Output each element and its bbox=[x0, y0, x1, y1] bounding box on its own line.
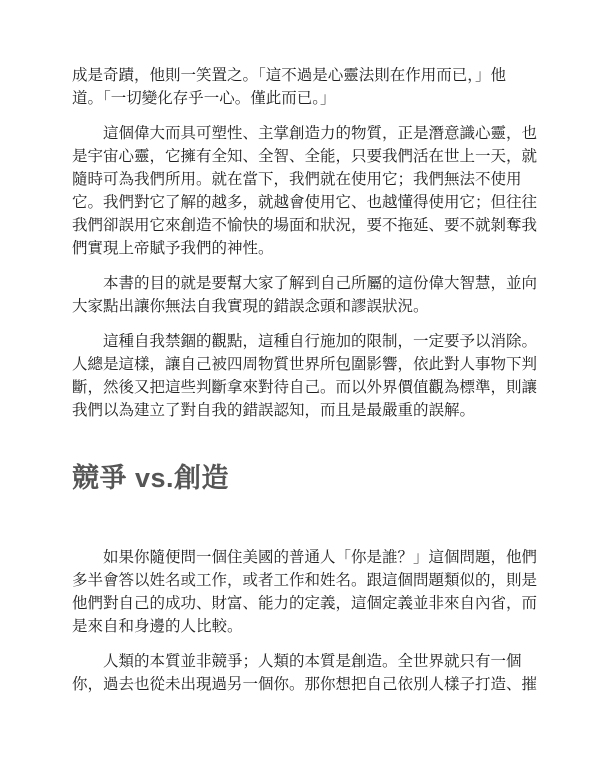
book-page: 成是奇蹟，他則一笑置之。「這不過是心靈法則在作用而已，」他 道。「一切變化存乎一… bbox=[0, 0, 600, 779]
page-text-content: 成是奇蹟，他則一笑置之。「這不過是心靈法則在作用而已，」他 道。「一切變化存乎一… bbox=[72, 64, 538, 708]
paragraph-continuation: 成是奇蹟，他則一笑置之。「這不過是心靈法則在作用而已，」他 道。「一切變化存乎一… bbox=[72, 64, 538, 110]
paragraph: 本書的目的就是要幫大家了解到自己所屬的這份偉大智慧，並向 大家點出讓你無法自我實… bbox=[72, 272, 538, 318]
section-heading: 競爭 vs.創造 bbox=[72, 460, 538, 496]
paragraph: 人類的本質並非競爭；人類的本質是創造。全世界就只有一個 你，過去也從未出現過另一… bbox=[72, 650, 538, 696]
paragraph: 如果你隨便問一個住美國的普通人「你是誰？」這個問題，他們 多半會答以姓名或工作，… bbox=[72, 546, 538, 638]
paragraph: 這個偉大而具可塑性、主掌創造力的物質，正是潛意識心靈，也 是宇宙心靈，它擁有全知… bbox=[72, 122, 538, 260]
paragraph: 這種自我禁錮的觀點，這種自行施加的限制，一定要予以消除。 人總是這樣，讓自己被四… bbox=[72, 330, 538, 422]
